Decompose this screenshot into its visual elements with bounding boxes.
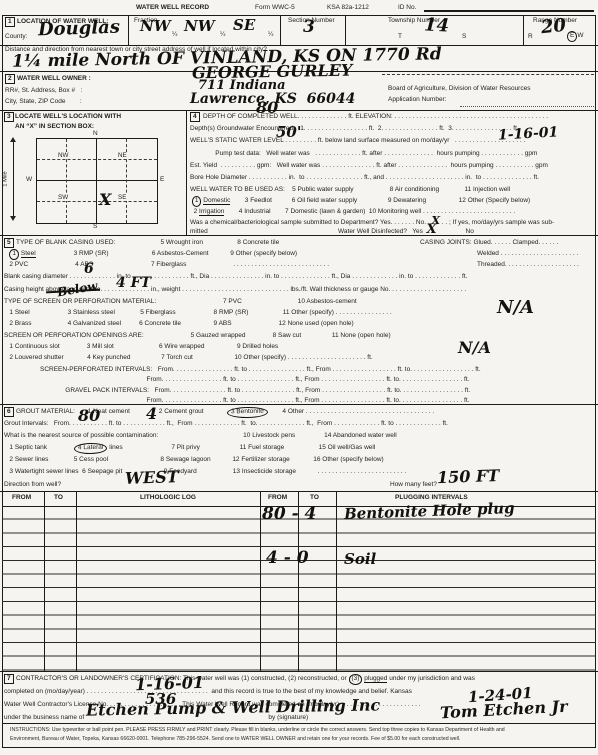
blank-casing-heading: TYPE OF BLANK CASING USED: 5 Wrought iro… xyxy=(16,239,279,247)
certification-tail: under my jurisdiction and was xyxy=(387,675,474,682)
ksa-statute: KSA 82a-1212 xyxy=(327,4,369,12)
contamination-source-heading: What is the nearest source of possible c… xyxy=(4,432,397,440)
owner-heading: WATER WELL OWNER : xyxy=(17,75,91,83)
casing-options-row-2: 2 PVC 4 ABS 7 Fiberglass . . . . . . . .… xyxy=(4,261,329,269)
casing-row1-rest: 3 RMP (SR) 6 Asbestos-Cement 9 Other (sp… xyxy=(36,250,297,257)
well-water-used-as-line: WELL WATER TO BE USED AS: 5 Public water… xyxy=(190,186,510,194)
contamination-row1-lead: 1 Septic tank xyxy=(4,444,74,451)
section-3-number: 3 xyxy=(4,112,14,122)
contamination-row-2: 2 Sewer lines 5 Cess pool 8 Sewage lagoo… xyxy=(4,456,384,464)
section-6-number: 6 xyxy=(4,407,14,417)
direction-from-well-label: Direction from well? xyxy=(4,481,61,489)
range-east-circled: E xyxy=(567,31,577,42)
static-water-level-handwritten: 50' xyxy=(276,125,301,140)
section-divider xyxy=(0,235,598,236)
table-column-divider xyxy=(336,491,337,671)
table-header-to-left: TO xyxy=(54,494,63,502)
map-east-label: E xyxy=(160,176,164,184)
map-nw-label: NW xyxy=(57,152,70,159)
casing-options-row-1: 1 Steel 3 RMP (SR) 6 Asbestos-Cement 9 O… xyxy=(4,250,297,258)
table-header-from-left: FROM xyxy=(12,494,31,502)
screen-openings-heading: SCREEN OR PERFORATION OPENINGS ARE: 5 Ga… xyxy=(4,332,391,340)
owner-address-label: RR#, St. Address, Box # : xyxy=(5,87,82,95)
section-divider xyxy=(0,671,598,672)
screen-material-heading: TYPE OF SCREEN OR PERFORATION MATERIAL: … xyxy=(4,298,357,306)
application-number-label: Application Number: xyxy=(388,96,447,104)
section-map-box: NW NE SW SE xyxy=(36,138,158,224)
range-west: W xyxy=(577,32,583,39)
map-south-label: S xyxy=(93,223,97,231)
pump-test-line: Pump test data: Well water was . . . . .… xyxy=(190,150,537,158)
locate-well-heading-2: AN “X” IN SECTION BOX: xyxy=(15,123,94,131)
screen-material-na-handwritten: N/A xyxy=(497,299,534,317)
section-divider xyxy=(0,110,598,111)
bentonite-option-circled: 3 Bentonite xyxy=(227,407,268,419)
table-row-lines xyxy=(2,506,596,671)
screen-perforated-intervals-line-2: From. . . . . . . . . . . . . . . . . ft… xyxy=(40,376,469,384)
use-row2-lead: 2 xyxy=(190,208,199,215)
table-column-divider xyxy=(44,491,45,671)
id-number-label: ID No. xyxy=(398,4,416,12)
fraction-3-handwritten: SE xyxy=(233,18,255,33)
fraction-1-handwritten: NW xyxy=(140,19,171,34)
map-center-horizontal xyxy=(37,180,157,181)
domestic-option-circled: 1 xyxy=(192,196,202,207)
instructions-line-2: Environment, Bureau of Water, Topeka, Ka… xyxy=(10,736,460,743)
screen-perforated-intervals-line-1: SCREEN-PERFORATED INTERVALS: From. . . .… xyxy=(40,366,481,374)
lateral-lines-option-circled: 4 Lateral xyxy=(74,443,107,455)
table-header-from-right: FROM xyxy=(268,494,287,502)
application-blank-line xyxy=(382,74,594,75)
screen-material-row-2: 2 Brass 4 Galvanized steel 6 Concrete ti… xyxy=(4,320,354,328)
table-top-border xyxy=(0,491,598,492)
cell-divider xyxy=(280,15,281,45)
map-sw-label: SW xyxy=(57,194,69,201)
section-divider xyxy=(0,404,598,405)
table-column-divider xyxy=(76,491,77,671)
plugged-option-circled: (3) xyxy=(349,674,363,685)
township-t-label: T xyxy=(398,33,402,41)
groundwater-encountered-line: Depth(s) Groundwater Encountered 1. . . … xyxy=(190,125,519,133)
township-s-label: S xyxy=(462,33,466,41)
sample-submitted-text: Was a chemical/bacteriological sample su… xyxy=(190,219,431,226)
bore-hole-diameter-line: Bore Hole Diameter . . . . . . . . . . .… xyxy=(190,174,539,182)
domestic-option-underlined: Domestic xyxy=(203,197,230,205)
irrigation-underlined: Irrigation xyxy=(199,208,224,216)
county-value-handwritten: Douglas xyxy=(38,19,121,40)
depth-completed-well-line: DEPTH OF COMPLETED WELL. . . . . . . . .… xyxy=(203,113,548,121)
cell-divider xyxy=(345,15,346,45)
use-options-row-2: 2 Irrigation 4 Industrial 7 Domestic (la… xyxy=(190,208,515,216)
map-quarter-horizontal-top xyxy=(37,159,157,160)
form-title: WATER WELL RECORD xyxy=(136,4,209,12)
grout-material-lead: GROUT MATERIAL: 1 Neat cement 2 Cement g… xyxy=(16,408,227,415)
map-center-vertical xyxy=(96,139,97,223)
use-options-row-1: 1 Domestic 3 Feedlot 6 Oil field water s… xyxy=(190,197,530,205)
steel-option-circled: 1 xyxy=(9,249,19,260)
section-number-handwritten: 3 xyxy=(303,19,315,36)
disinfected-text: Water Well Disinfected? Yes xyxy=(338,228,427,235)
quarter-mark-3: ¼ xyxy=(268,31,273,39)
instructions-divider xyxy=(2,723,596,724)
grout-intervals-line: Grout Intervals: From. . . . . . . . . .… xyxy=(4,420,448,428)
table-column-divider xyxy=(260,491,261,671)
casing-joints-line-1: CASING JOINTS: Glued. . . . . . Clamped.… xyxy=(420,239,558,247)
board-of-agriculture-label: Board of Agriculture, Division of Water … xyxy=(388,85,530,93)
contamination-row-1: 1 Septic tank 4 Lateral lines 7 Pit priv… xyxy=(4,444,375,452)
direction-handwritten: WEST xyxy=(125,469,179,487)
screen-openings-na-handwritten: N/A xyxy=(458,340,491,356)
map-se-label: SE xyxy=(117,194,127,201)
screen-openings-row-1: 1 Continuous slot 3 Mill slot 6 Wire wra… xyxy=(4,343,278,351)
plugged-underlined: plugged xyxy=(364,675,387,683)
application-number-blank xyxy=(460,106,594,107)
well-location-x-handwritten: X xyxy=(99,192,111,208)
plugging-interval-1-range-handwritten: 80 - 4 xyxy=(262,506,316,523)
feet-handwritten: 150 FT xyxy=(437,468,500,486)
gravel-pack-intervals-line-1: GRAVEL PACK INTERVALS: From. . . . . . .… xyxy=(40,387,470,395)
static-water-level-line: WELL'S STATIC WATER LEVEL . . . . . . . … xyxy=(190,137,525,145)
mile-arrow-down xyxy=(10,216,16,221)
casing-height-handwritten: 4 FT xyxy=(116,276,151,290)
sample-submitted-tail: . . ; If yes, mo/day/yrs sample was sub- xyxy=(440,219,554,226)
section-4-number: 4 xyxy=(190,112,200,122)
disinfected-no-label: No xyxy=(437,228,474,235)
form-bottom-border xyxy=(2,747,596,748)
instructions-line-1: INSTRUCTIONS: Use typewriter or ball poi… xyxy=(10,727,505,734)
fraction-2-handwritten: NW xyxy=(184,19,215,34)
use-row2-rest: 4 Industrial 7 Domestic (lawn & garden) … xyxy=(224,208,515,215)
screen-material-row-1: 1 Steel 3 Stainless steel 5 Fiberglass 8… xyxy=(4,309,392,317)
depth-value-handwritten: 80 xyxy=(256,100,278,116)
steel-option-underlined: Steel xyxy=(21,250,36,258)
measured-date-handwritten: 1-16-01 xyxy=(498,125,559,142)
mile-arrow-up xyxy=(10,137,16,142)
section-1-number: 1 xyxy=(5,17,15,27)
map-north-label: N xyxy=(93,130,98,138)
table-header-to-right: TO xyxy=(310,494,319,502)
range-east-west: EW xyxy=(567,32,583,40)
section-5-number: 5 xyxy=(4,238,14,248)
casing-joints-line-2: Welded . . . . . . . . . . . . . . . . .… xyxy=(477,250,578,258)
casing-diameter-handwritten: 6 xyxy=(84,262,94,276)
range-r-label: R xyxy=(528,33,533,41)
how-many-feet-label: How many feet? xyxy=(390,481,437,489)
one-mile-label: 1 Mile xyxy=(2,171,10,186)
grout-material-rest: 4 Other . . . . . . . . . . . . . . . . … xyxy=(268,408,434,415)
mile-arrow-line xyxy=(13,142,14,216)
est-yield-line: Est. Yield . . . . . . . . . . gpm: Well… xyxy=(190,162,548,170)
completed-on-line: completed on (mo/day/year) . . . . . . .… xyxy=(4,688,412,696)
section-2-number: 2 xyxy=(5,74,15,84)
map-quarter-horizontal-bottom xyxy=(37,201,157,202)
contamination-row1-rest: lines 7 Pit privy 11 Fuel storage 15 Oil… xyxy=(107,444,375,451)
screen-openings-row-2: 2 Louvered shutter 4 Key punched 7 Torch… xyxy=(4,354,373,362)
map-ne-label: NE xyxy=(117,152,128,159)
township-value-handwritten: 14 xyxy=(424,16,450,35)
county-label: County: xyxy=(5,33,27,41)
use-row1-rest: 3 Feedlot 6 Oil field water supply 9 Dew… xyxy=(230,197,530,204)
grout-to-handwritten: 4 xyxy=(146,406,157,422)
plugging-interval-2-material-handwritten: Soil xyxy=(344,552,376,567)
table-header-lithologic-log: LITHOLOGIC LOG xyxy=(140,494,196,502)
map-west-label: W xyxy=(26,176,32,184)
blank-casing-diameter-line: Blank casing diameter . . . . . . . . . … xyxy=(4,273,467,281)
cell-divider xyxy=(128,15,129,45)
sample-submitted-line: Was a chemical/bacteriological sample su… xyxy=(190,219,554,227)
form-top-border xyxy=(2,15,596,16)
range-value-handwritten: 20 xyxy=(540,17,567,38)
signature-handwritten: Tom Etchen Jr xyxy=(440,699,568,722)
owner-city-label: City, State, ZIP Code : xyxy=(5,98,82,106)
water-well-record-form: WATER WELL RECORD Form WWC-5 KSA 82a-121… xyxy=(0,0,598,755)
form-number: Form WWC-5 xyxy=(255,4,295,12)
cell-divider xyxy=(523,15,524,45)
grout-from-handwritten: 80 xyxy=(78,408,100,424)
quarter-mark-2: ¼ xyxy=(220,31,225,39)
section-3-4-divider xyxy=(186,110,187,235)
business-name-handwritten: Etchen Pump & Well Drilling Inc xyxy=(86,697,380,718)
id-number-blank-line xyxy=(424,10,594,12)
quarter-mark-1: ¼ xyxy=(172,31,177,39)
plugging-interval-2-range-handwritten: 4 - 0 xyxy=(266,550,309,567)
locate-well-heading-1: LOCATE WELL'S LOCATION WITH xyxy=(15,113,121,121)
section-7-number: 7 xyxy=(4,674,14,684)
certification-line-1: CONTRACTOR'S OR LANDOWNER'S CERTIFICATIO… xyxy=(16,675,475,683)
contamination-row-3: 3 Watertight sewer lines 6 Seepage pit 9… xyxy=(4,468,406,476)
casing-joints-line-3: Threaded. . . . . . . . . . . . . . . . … xyxy=(477,261,579,269)
